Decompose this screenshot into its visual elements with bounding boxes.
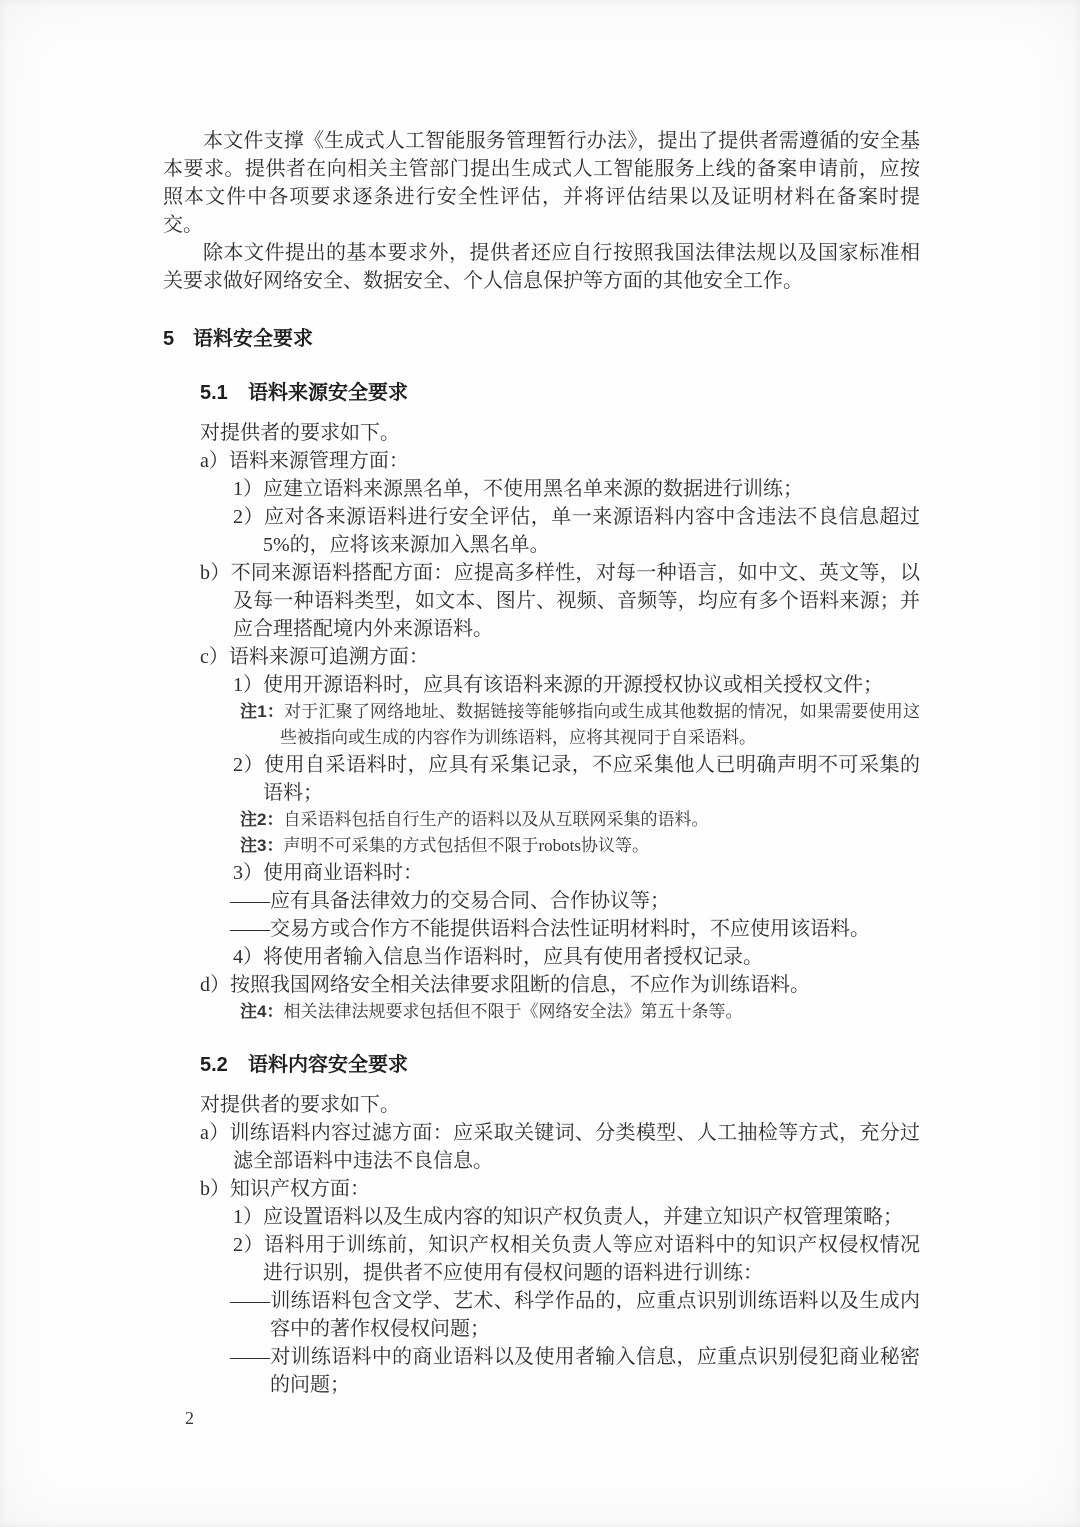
- item-label: 1）: [233, 674, 263, 696]
- document-body: 本文件支撑《生成式人工智能服务管理暂行办法》，提出了提供者需遵循的安全基本要求。…: [0, 0, 1080, 1399]
- note-label: 注3：: [240, 836, 283, 855]
- list-item-c: c）语料来源可追溯方面：: [200, 643, 920, 671]
- item-label: b）: [200, 562, 231, 584]
- note-text: 声明不可采集的方式包括但不限于robots协议等。: [283, 836, 649, 855]
- note-text: 相关法律法规要求包括但不限于《网络安全法》第五十条等。: [283, 1002, 742, 1021]
- subsection-title: 语料来源安全要求: [248, 382, 408, 404]
- item-label: 3）: [233, 862, 263, 884]
- note-text: 对于汇聚了网络地址、数据链接等能够指向或生成其他数据的情况，如果需要使用这些被指…: [280, 702, 920, 747]
- item-text: 应设置语料以及生成内容的知识产权负责人，并建立知识产权管理策略；: [263, 1206, 903, 1228]
- dash-item: ——对训练语料中的商业语料以及使用者输入信息，应重点识别侵犯商业秘密的问题；: [230, 1343, 920, 1399]
- numbered-item: 1）应建立语料来源黑名单，不使用黑名单来源的数据进行训练；: [233, 475, 920, 503]
- subsection-5-1-heading: 5.1语料来源安全要求: [200, 379, 920, 407]
- list-item-a: a）训练语料内容过滤方面：应采取关键词、分类模型、人工抽检等方式，充分过滤全部语…: [200, 1119, 920, 1175]
- note-4: 注4：相关法律法规要求包括但不限于《网络安全法》第五十条等。: [240, 999, 920, 1025]
- note-2: 注2：自采语料包括自行生产的语料以及从互联网采集的语料。: [240, 807, 920, 833]
- note-text: 自采语料包括自行生产的语料以及从互联网采集的语料。: [283, 810, 708, 829]
- item-label: a）: [200, 450, 229, 472]
- item-label: c）: [200, 646, 229, 668]
- item-text: 交易方或合作方不能提供语料合法性证明材料时，不应使用该语料。: [270, 918, 870, 940]
- dash-label: ——: [230, 1346, 270, 1368]
- item-text: 不同来源语料搭配方面：应提高多样性，对每一种语言，如中文、英文等，以及每一种语料…: [231, 562, 920, 640]
- intro-paragraph: 除本文件提出的基本要求外，提供者还应自行按照我国法律法规以及国家标准相关要求做好…: [163, 239, 920, 295]
- note-1: 注1：对于汇聚了网络地址、数据链接等能够指向或生成其他数据的情况，如果需要使用这…: [240, 699, 920, 751]
- item-text: 使用自采语料时，应具有采集记录，不应采集他人已明确声明不可采集的语料；: [263, 754, 920, 804]
- item-text: 训练语料包含文学、艺术、科学作品的，应重点识别训练语料以及生成内容中的著作权侵权…: [270, 1290, 920, 1340]
- item-text: 知识产权方面：: [230, 1178, 370, 1200]
- subsection-title: 语料内容安全要求: [248, 1054, 408, 1076]
- dash-item: ——交易方或合作方不能提供语料合法性证明材料时，不应使用该语料。: [230, 915, 920, 943]
- item-label: a）: [200, 1122, 230, 1144]
- numbered-item: 3）使用商业语料时：: [233, 859, 920, 887]
- item-label: 4）: [233, 946, 263, 968]
- numbered-item: 2）应对各来源语料进行安全评估，单一来源语料内容中含违法不良信息超过5%的，应将…: [233, 503, 920, 559]
- item-text: 对训练语料中的商业语料以及使用者输入信息，应重点识别侵犯商业秘密的问题；: [270, 1346, 920, 1396]
- item-text: 语料来源可追溯方面：: [229, 646, 429, 668]
- item-label: d）: [200, 974, 230, 996]
- list-item-b: b）知识产权方面：: [200, 1175, 920, 1203]
- note-3: 注3：声明不可采集的方式包括但不限于robots协议等。: [240, 833, 920, 859]
- dash-label: ——: [230, 1290, 270, 1312]
- list-item-a: a）语料来源管理方面：: [200, 447, 920, 475]
- page-number: 2: [185, 1408, 194, 1429]
- item-text: 语料来源管理方面：: [229, 450, 409, 472]
- section-5-heading: 5语料安全要求: [163, 325, 920, 353]
- item-label: 1）: [233, 478, 263, 500]
- list-item-d: d）按照我国网络安全相关法律要求阻断的信息，不应作为训练语料。: [200, 971, 920, 999]
- numbered-item: 1）应设置语料以及生成内容的知识产权负责人，并建立知识产权管理策略；: [233, 1203, 920, 1231]
- item-label: 2）: [233, 1234, 264, 1256]
- item-text: 应有具备法律效力的交易合同、合作协议等；: [270, 890, 670, 912]
- dash-item: ——应有具备法律效力的交易合同、合作协议等；: [230, 887, 920, 915]
- subsection-number: 5.2: [200, 1051, 248, 1079]
- section-number: 5: [163, 325, 193, 353]
- intro-paragraph: 本文件支撑《生成式人工智能服务管理暂行办法》，提出了提供者需遵循的安全基本要求。…: [163, 127, 920, 239]
- numbered-item: 1）使用开源语料时，应具有该语料来源的开源授权协议或相关授权文件；: [233, 671, 920, 699]
- item-text: 使用商业语料时：: [263, 862, 423, 884]
- numbered-item: 2）语料用于训练前，知识产权相关负责人等应对语料中的知识产权侵权情况进行识别，提…: [233, 1231, 920, 1287]
- dash-label: ——: [230, 918, 270, 940]
- note-label: 注2：: [240, 810, 283, 829]
- dash-label: ——: [230, 890, 270, 912]
- item-text: 按照我国网络安全相关法律要求阻断的信息，不应作为训练语料。: [230, 974, 810, 996]
- note-label: 注1：: [240, 702, 284, 721]
- item-text: 应建立语料来源黑名单，不使用黑名单来源的数据进行训练；: [263, 478, 803, 500]
- item-label: b）: [200, 1178, 230, 1200]
- requirements-lead: 对提供者的要求如下。: [200, 419, 920, 447]
- section-title: 语料安全要求: [193, 328, 313, 350]
- numbered-item: 2）使用自采语料时，应具有采集记录，不应采集他人已明确声明不可采集的语料；: [233, 751, 920, 807]
- requirements-lead: 对提供者的要求如下。: [200, 1091, 920, 1119]
- subsection-5-2-heading: 5.2语料内容安全要求: [200, 1051, 920, 1079]
- item-label: 1）: [233, 1206, 263, 1228]
- item-text: 语料用于训练前，知识产权相关负责人等应对语料中的知识产权侵权情况进行识别，提供者…: [263, 1234, 920, 1284]
- document-page: 本文件支撑《生成式人工智能服务管理暂行办法》，提出了提供者需遵循的安全基本要求。…: [0, 0, 1080, 1527]
- item-label: 2）: [233, 754, 264, 776]
- item-text: 训练语料内容过滤方面：应采取关键词、分类模型、人工抽检等方式，充分过滤全部语料中…: [230, 1122, 920, 1172]
- item-text: 将使用者输入信息当作语料时，应具有使用者授权记录。: [263, 946, 763, 968]
- dash-item: ——训练语料包含文学、艺术、科学作品的，应重点识别训练语料以及生成内容中的著作权…: [230, 1287, 920, 1343]
- item-text: 应对各来源语料进行安全评估，单一来源语料内容中含违法不良信息超过5%的，应将该来…: [263, 506, 920, 556]
- note-label: 注4：: [240, 1002, 283, 1021]
- item-text: 使用开源语料时，应具有该语料来源的开源授权协议或相关授权文件；: [263, 674, 883, 696]
- list-item-b: b）不同来源语料搭配方面：应提高多样性，对每一种语言，如中文、英文等，以及每一种…: [200, 559, 920, 643]
- subsection-number: 5.1: [200, 379, 248, 407]
- item-label: 2）: [233, 506, 264, 528]
- numbered-item: 4）将使用者输入信息当作语料时，应具有使用者授权记录。: [233, 943, 920, 971]
